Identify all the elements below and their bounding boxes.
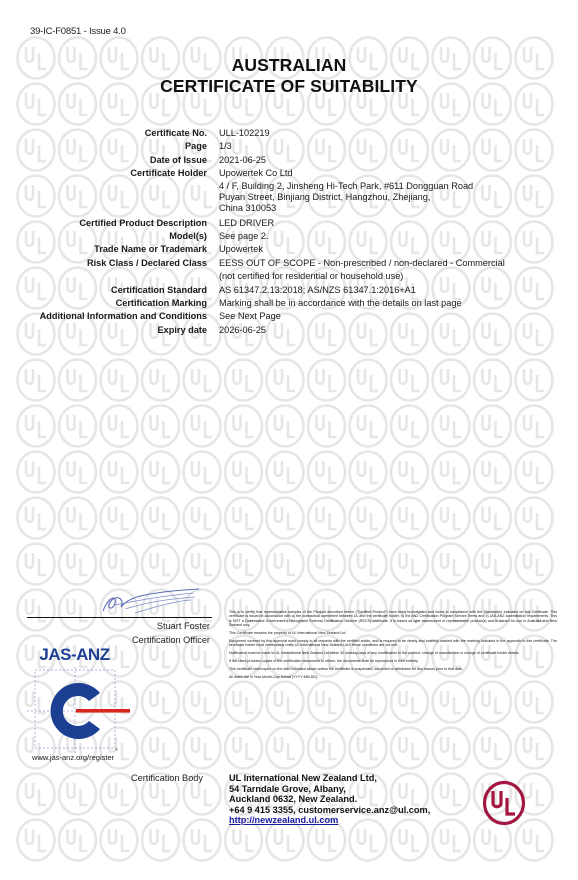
field-label: Certification Standard (0, 284, 219, 297)
field-label: Risk Class / Declared Class (0, 257, 219, 270)
field-date-of-issue: Date of Issue 2021-06-25 (0, 154, 578, 167)
svg-text:®: ® (115, 747, 118, 752)
field-value: Marking shall be in accordance with the … (219, 297, 578, 310)
field-risk-class: Risk Class / Declared Class EESS OUT OF … (0, 257, 578, 270)
field-page: Page 1/3 (0, 140, 578, 153)
fine-print-paragraph: This Certificate remains the property of… (229, 631, 557, 635)
field-certificate-no: Certificate No. ULL-102219 (0, 127, 578, 140)
field-label: Certificate No. (0, 127, 219, 140)
field-label: Expiry date (0, 324, 219, 337)
address-line: 4 / F, Building 2, Jinsheng Hi-Tech Park… (219, 181, 578, 192)
jas-anz-logo-text: JAS-ANZ (27, 645, 122, 665)
legal-fine-print: This is to certify that representative s… (229, 610, 557, 682)
field-label: Model(s) (0, 230, 219, 243)
field-value: EESS OUT OF SCOPE - Non-prescribed / non… (219, 257, 578, 270)
field-value: ULL-102219 (219, 127, 578, 140)
field-value: 1/3 (219, 140, 578, 153)
cb-line: +64 9 415 3355, customerservice.anz@ul.c… (229, 805, 430, 816)
jas-anz-logo: JAS-ANZ ® (27, 645, 132, 755)
officer-name: Stuart Foster (110, 621, 210, 631)
fine-print-paragraph: Notification must be made to UL Internat… (229, 651, 557, 655)
field-value: See page 2. (219, 230, 578, 243)
field-certificate-holder: Certificate Holder Upowertek Co Ltd (0, 167, 578, 180)
fine-print-paragraph: This is to certify that representative s… (229, 610, 557, 627)
title-line-1: AUSTRALIAN (0, 55, 578, 76)
fine-print-paragraph: Equipment covered by this approval must … (229, 639, 557, 648)
fine-print-paragraph: This certificate shall expire on the dat… (229, 667, 557, 671)
officer-title: Certification Officer (80, 635, 210, 645)
field-value: See Next Page (219, 310, 578, 323)
field-value: Upowertek Co Ltd (219, 167, 578, 180)
ul-website-link[interactable]: http://newzealand.ul.com (229, 815, 338, 825)
address-line: China 310053 (219, 203, 578, 214)
field-value: 2021-06-25 (219, 154, 578, 167)
form-id: 39-IC-F0851 - Issue 4.0 (30, 26, 126, 37)
ul-logo-icon (482, 780, 526, 826)
field-label: Date of Issue (0, 154, 219, 167)
field-label: Trade Name or Trademark (0, 243, 219, 256)
field-trade-name: Trade Name or Trademark Upowertek (0, 243, 578, 256)
field-label: Additional Information and Conditions (0, 310, 219, 323)
field-value: 2026-06-25 (219, 324, 578, 337)
title-line-2: CERTIFICATE OF SUITABILITY (0, 76, 578, 97)
field-value: AS 61347.2.13:2018; AS/NZS 61347.1:2016+… (219, 284, 578, 297)
field-product-description: Certified Product Description LED DRIVER (0, 217, 578, 230)
cb-line: UL International New Zealand Ltd, (229, 773, 430, 784)
certificate-fields: Certificate No. ULL-102219 Page 1/3 Date… (0, 127, 578, 337)
jas-anz-c-mark-icon: ® (27, 667, 132, 753)
field-value: LED DRIVER (219, 217, 578, 230)
field-label: Certification Marking (0, 297, 219, 310)
address-line: Puyan Street, Binjiang District, Hangzho… (219, 192, 578, 203)
field-label: Certified Product Description (0, 217, 219, 230)
signature-image (95, 585, 205, 617)
certificate-page: 39-IC-F0851 - Issue 4.0 AUSTRALIAN CERTI… (0, 0, 578, 880)
fine-print-paragraph: All dates are in Year-Month-Day format (… (229, 675, 557, 679)
field-value-extra: (not certified for residential or househ… (219, 270, 578, 283)
field-certification-marking: Certification Marking Marking shall be i… (0, 297, 578, 310)
cb-line: 54 Tarndale Grove, Albany, (229, 784, 430, 795)
field-additional-info: Additional Information and Conditions Se… (0, 310, 578, 323)
signature-line (27, 617, 212, 618)
certification-body-label: Certification Body (131, 773, 203, 783)
field-label: Page (0, 140, 219, 153)
fine-print-paragraph: If the client provides copies of the cer… (229, 659, 557, 663)
certification-body-details: UL International New Zealand Ltd, 54 Tar… (229, 773, 430, 826)
field-label: Certificate Holder (0, 167, 219, 180)
jas-anz-register-url: www.jas-anz.org/register (32, 753, 114, 762)
field-value: Upowertek (219, 243, 578, 256)
field-certification-standard: Certification Standard AS 61347.2.13:201… (0, 284, 578, 297)
risk-class-note: (not certified for residential or househ… (0, 270, 578, 283)
field-expiry-date: Expiry date 2026-06-25 (0, 324, 578, 337)
holder-address: 4 / F, Building 2, Jinsheng Hi-Tech Park… (0, 181, 578, 214)
cb-line: Auckland 0632, New Zealand. (229, 794, 430, 805)
field-models: Model(s) See page 2. (0, 230, 578, 243)
